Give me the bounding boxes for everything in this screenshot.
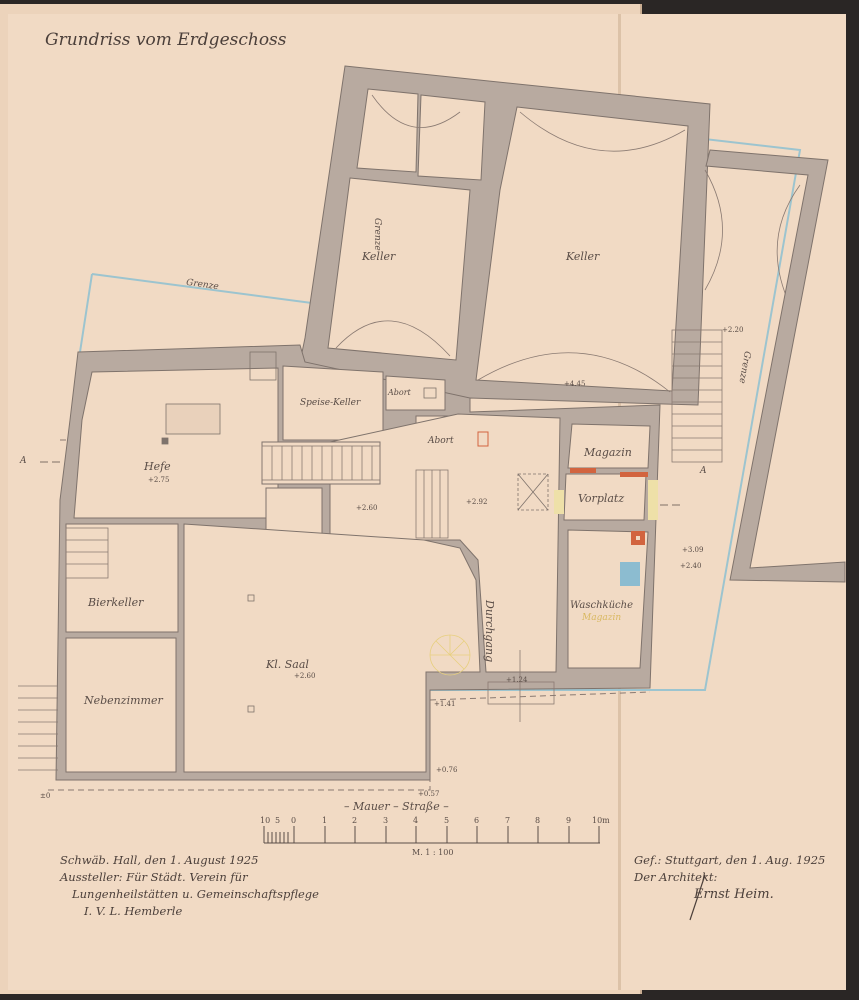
room-label-hefe: Hefe	[144, 460, 171, 473]
room-sublabel-magazin: Magazin	[582, 613, 621, 623]
room-label-kl-saal: Kl. Saal	[266, 658, 309, 671]
section-mark-right: A	[700, 466, 707, 476]
elevation-court-2: +2.40	[680, 562, 701, 570]
room-label-waschkueche: Waschküche	[570, 600, 633, 611]
scale-tick-8: 8	[535, 816, 540, 825]
scale-tick-10-left: 10	[260, 816, 270, 825]
room-label-bierkeller: Bierkeller	[88, 596, 143, 609]
room-label-vorplatz: Vorplatz	[578, 492, 624, 505]
scale-tick-9: 9	[566, 816, 571, 825]
scale-tick-7: 7	[505, 816, 510, 825]
sig-right-line1: Gef.: Stuttgart, den 1. Aug. 1925	[634, 852, 825, 869]
scale-bar	[264, 826, 600, 843]
sig-right-line2: Der Architekt:	[634, 869, 825, 886]
exterior-steps-left	[18, 686, 58, 770]
room-label-keller-center: Keller	[566, 250, 599, 263]
room-label-nebenzimmer: Nebenzimmer	[84, 694, 163, 707]
elevation-kl-saal: +2.60	[294, 672, 315, 680]
elevation-street-corner: +1.41	[434, 700, 455, 708]
scale-tick-1: 1	[322, 816, 327, 825]
room-label-speise-keller: Speise-Keller	[300, 398, 360, 408]
scale-tick-2: 2	[352, 816, 357, 825]
sig-right-line3: Ernst Heim.	[634, 886, 825, 903]
scale-tick-4: 4	[413, 816, 418, 825]
elevation-court-stairs: +2.20	[722, 326, 743, 334]
section-mark-left: A	[20, 456, 27, 466]
scale-tick-5: 5	[444, 816, 449, 825]
elevation-entrance: +1.24	[506, 676, 527, 684]
sig-left-line2: Aussteller: Für Städt. Verein für	[60, 869, 319, 886]
grenze-label-2: Grenze	[372, 218, 382, 251]
elevation-court-1: +3.09	[682, 546, 703, 554]
elevation-hefe: +2.75	[148, 476, 169, 484]
room-label-durchgang: Durchgang	[483, 600, 496, 662]
signature-block-left: Schwäb. Hall, den 1. August 1925 Ausstel…	[60, 852, 319, 920]
scale-tick-10m: 10m	[592, 816, 610, 825]
sig-left-line4: I. V. L. Hemberle	[60, 903, 319, 920]
drawing-title: Grundriss vom Erdgeschoss	[45, 30, 287, 50]
room-label-keller-left: Keller	[362, 250, 395, 263]
elevation-landing: +2.92	[466, 498, 487, 506]
courtyard-wall	[706, 150, 845, 582]
elevation-street-bottom: +0.57	[418, 790, 439, 798]
room-label-magazin: Magazin	[584, 446, 632, 459]
signature-block-right: Gef.: Stuttgart, den 1. Aug. 1925 Der Ar…	[634, 852, 825, 903]
scale-tick-3: 3	[383, 816, 388, 825]
elevation-street-side: +0.76	[436, 766, 457, 774]
scale-label: M. 1 : 100	[412, 848, 453, 857]
sig-left-line1: Schwäb. Hall, den 1. August 1925	[60, 852, 319, 869]
room-label-abort-1: Abort	[388, 388, 411, 397]
scale-tick-0: 0	[291, 816, 296, 825]
scale-tick-6: 6	[474, 816, 479, 825]
scale-tick-5-left: 5	[275, 816, 280, 825]
elevation-keller: +4.45	[564, 380, 585, 388]
sig-left-line3: Lungenheilstätten u. Gemeinschaftspflege	[60, 886, 319, 903]
elevation-zero: ±0	[40, 792, 50, 800]
street-label: – Mauer – Straße –	[344, 800, 449, 813]
room-label-abort-2: Abort	[428, 436, 454, 446]
elevation-hall: +2.60	[356, 504, 377, 512]
